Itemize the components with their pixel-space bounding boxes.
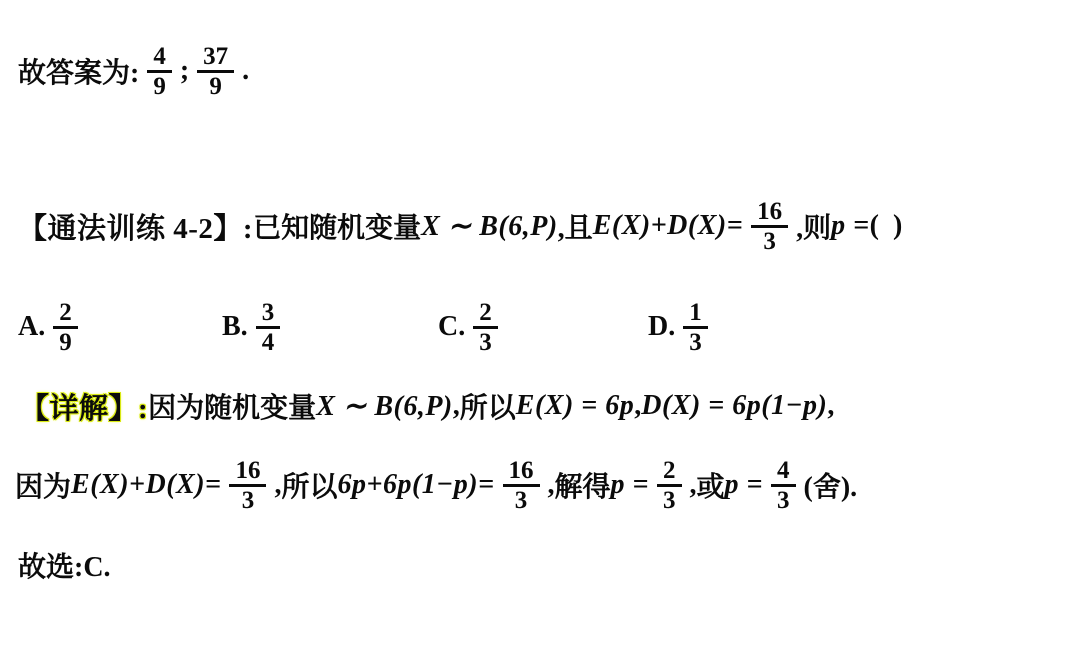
- math-equation: 6p+6p(1−p)=: [338, 469, 495, 501]
- option-b-label: B.: [222, 311, 248, 343]
- math-p-equals: p =: [611, 469, 649, 501]
- fraction-numerator: 2: [473, 299, 498, 326]
- solution-text-2: 所以: [460, 386, 516, 426]
- fraction-4-3: 4 3: [771, 457, 796, 514]
- answer-separator: ;: [180, 55, 189, 87]
- options-row: A. 2 9 B. 3 4 C. 2 3 D.: [0, 292, 1080, 362]
- solution-text-4: 所以: [281, 465, 337, 505]
- comma: ,: [274, 469, 281, 501]
- fraction-denominator: 9: [53, 329, 78, 356]
- fraction-denominator: 9: [147, 73, 172, 100]
- solution-tag: 【详解】:: [20, 386, 148, 427]
- fraction-4-9: 4 9: [147, 43, 172, 100]
- math-variance: D(X) = 6p(1−p): [641, 390, 827, 422]
- fraction-numerator: 4: [771, 457, 796, 484]
- fraction-numerator: 1: [683, 299, 708, 326]
- fraction-numerator: 2: [53, 299, 78, 326]
- fraction-denominator: 3: [757, 228, 782, 255]
- math-expectation-variance: E(X)+D(X)=: [593, 210, 743, 242]
- option-a: A. 2 9: [18, 292, 86, 362]
- option-c-label: C.: [438, 311, 465, 343]
- fraction-numerator: 16: [751, 198, 788, 225]
- comma: ,: [453, 390, 460, 422]
- problem-lead-text: 已知随机变量: [253, 206, 421, 246]
- fraction-37-9: 37 9: [197, 43, 234, 100]
- math-sum-lhs: E(X)+D(X)=: [71, 469, 221, 501]
- fraction-denominator: 4: [256, 329, 281, 356]
- fraction-denominator: 3: [657, 487, 682, 514]
- solution-text-6: 或: [697, 465, 725, 505]
- comma: ,: [827, 390, 834, 422]
- solution-rejected-note: (舍).: [804, 465, 858, 505]
- problem-tag: 【通法训练 4-2】:: [18, 206, 253, 247]
- math-distribution: X ∼ B(6,P): [421, 209, 558, 243]
- fraction-denominator: 3: [236, 487, 261, 514]
- solution-line-1: 【详解】: 因为随机变量 X ∼ B(6,P) , 所以 E(X) = 6p ,…: [20, 382, 834, 430]
- math-p-equals: p =: [831, 210, 869, 242]
- option-d-label: D.: [648, 311, 675, 343]
- fraction-numerator: 16: [229, 457, 266, 484]
- fraction-16-3: 16 3: [229, 457, 266, 514]
- math-expectation: E(X) = 6p: [516, 390, 634, 422]
- fraction-denominator: 9: [203, 73, 228, 100]
- option-b-fraction: 3 4: [256, 299, 281, 356]
- solution-text-5: 解得: [555, 465, 611, 505]
- fraction-denominator: 3: [509, 487, 534, 514]
- problem-connector: ,且: [558, 206, 593, 246]
- comma: ,: [690, 469, 697, 501]
- fraction-denominator: 3: [473, 329, 498, 356]
- option-a-fraction: 2 9: [53, 299, 78, 356]
- conclusion-text: 故选:C.: [18, 545, 111, 585]
- comma: ,: [548, 469, 555, 501]
- answer-line: 故答案为: 4 9 ; 37 9 .: [18, 34, 249, 108]
- fraction-16-3: 16 3: [751, 198, 788, 255]
- solution-text-1: 因为随机变量: [148, 386, 316, 426]
- fraction-numerator: 2: [657, 457, 682, 484]
- fraction-16-3: 16 3: [503, 457, 540, 514]
- option-a-label: A.: [18, 311, 45, 343]
- fraction-numerator: 3: [256, 299, 281, 326]
- conclusion-line: 故选:C.: [18, 544, 111, 586]
- fraction-numerator: 16: [503, 457, 540, 484]
- problem-connector-2: ,则: [796, 206, 831, 246]
- fraction-2-3: 2 3: [657, 457, 682, 514]
- solution-text-3: 因为: [15, 465, 71, 505]
- problem-statement: 【通法训练 4-2】: 已知随机变量 X ∼ B(6,P) ,且 E(X)+D(…: [18, 188, 902, 264]
- math-distribution-2: X ∼ B(6,P): [316, 389, 453, 423]
- fraction-denominator: 3: [683, 329, 708, 356]
- fraction-numerator: 4: [147, 43, 172, 70]
- option-c-fraction: 2 3: [473, 299, 498, 356]
- option-d: D. 1 3: [648, 292, 716, 362]
- answer-blank-parens: ( ): [870, 210, 903, 242]
- answer-prefix: 故答案为:: [18, 51, 139, 91]
- option-b: B. 3 4: [222, 292, 288, 362]
- answer-period: .: [242, 55, 249, 87]
- scanned-math-document: 故答案为: 4 9 ; 37 9 . 【通法训练 4-2】: 已知随机变量 X …: [0, 0, 1080, 650]
- option-c: C. 2 3: [438, 292, 506, 362]
- fraction-numerator: 37: [197, 43, 234, 70]
- math-p-equals-2: p =: [725, 469, 763, 501]
- option-d-fraction: 1 3: [683, 299, 708, 356]
- solution-line-2: 因为 E(X)+D(X)= 16 3 , 所以 6p+6p(1−p)= 16 3…: [15, 442, 857, 528]
- fraction-denominator: 3: [771, 487, 796, 514]
